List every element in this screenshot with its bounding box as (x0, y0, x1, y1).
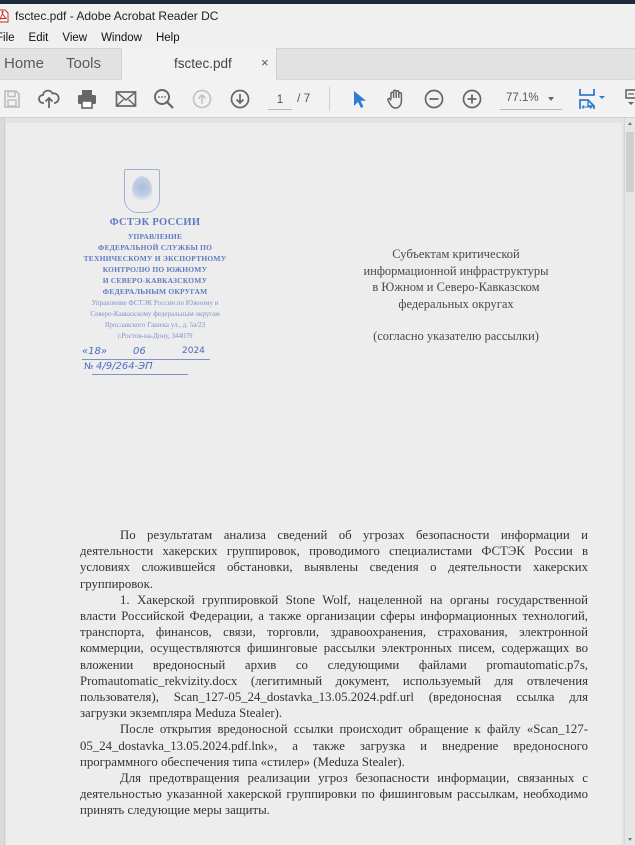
zoom-in-icon (462, 89, 482, 109)
scroll-down-arrow-icon[interactable] (628, 838, 632, 841)
title-bar: fsctec.pdf - Adobe Acrobat Reader DC (0, 4, 635, 28)
zoom-level-value: 77.1% (506, 92, 539, 104)
menu-file[interactable]: File (0, 32, 15, 44)
print-button[interactable] (75, 87, 99, 111)
addressee-line: федеральных округах (326, 296, 586, 313)
document-tab-label: fsctec.pdf (174, 56, 232, 71)
stamp-address-line: Управление ФСТЭК России по Южному и (70, 299, 240, 307)
previous-page-button[interactable] (190, 87, 214, 111)
scroll-up-arrow-icon[interactable] (628, 122, 632, 125)
addressee-line: информационной инфраструктуры (326, 263, 586, 280)
search-icon (153, 88, 175, 110)
upload-cloud-icon (38, 88, 60, 110)
close-tab-icon[interactable]: × (261, 55, 269, 70)
date-underline (82, 359, 210, 360)
distribution-note: (согласно указателю рассылки) (326, 328, 586, 345)
upload-button[interactable] (37, 87, 61, 111)
tab-document[interactable]: fsctec.pdf × (121, 48, 277, 81)
fit-page-button[interactable] (577, 87, 607, 111)
select-tool-button[interactable] (347, 87, 371, 111)
left-panel-edge (0, 118, 5, 845)
stamp-address-line: г.Ростов-на-Дону, 344079 (70, 332, 240, 340)
pdf-page: ФСТЭК РОССИИ УПРАВЛЕНИЕ ФЕДЕРАЛЬНОЙ СЛУЖ… (6, 123, 622, 845)
stamp-date-day: «18» (82, 346, 107, 357)
stamp-line: ТЕХНИЧЕСКОМУ И ЭКСПОРТНОМУ (70, 254, 240, 263)
menu-bar: File Edit View Window Help (0, 28, 635, 48)
zoom-out-icon (424, 89, 444, 109)
menu-window[interactable]: Window (101, 32, 142, 44)
stamp-org: ФСТЭК РОССИИ (70, 217, 240, 228)
coat-of-arms-emblem (124, 169, 160, 213)
tab-tools[interactable]: Tools (66, 49, 101, 80)
paragraph-intro: По результатам анализа сведений об угроз… (80, 527, 588, 592)
hand-pan-icon (385, 88, 407, 110)
stamp-address-line: Ярославского Гашека ул., д. 5а/23 (70, 321, 240, 329)
page-number-input[interactable]: 1 (268, 90, 292, 110)
scrollbar-thumb[interactable] (626, 132, 634, 192)
stamp-line: КОНТРОЛЮ ПО ЮЖНОМУ (70, 265, 240, 274)
menu-edit[interactable]: Edit (29, 32, 49, 44)
print-icon (76, 88, 98, 110)
window-title: fsctec.pdf - Adobe Acrobat Reader DC (15, 9, 218, 23)
addressee-block: Субъектам критической информационной инф… (326, 246, 586, 345)
tab-home[interactable]: Home (4, 49, 44, 80)
stamp-date-year: 2024 (182, 346, 205, 356)
menu-view[interactable]: View (62, 32, 87, 44)
save-button[interactable] (0, 87, 24, 111)
stamp-number-prefix: № (84, 362, 93, 372)
letter-body: По результатам анализа сведений об угроз… (80, 527, 588, 819)
chevron-down-icon (548, 97, 554, 101)
next-page-button[interactable] (228, 87, 252, 111)
menu-help[interactable]: Help (156, 32, 180, 44)
stamp-line: И СЕВЕРО-КАВКАЗСКОМУ (70, 276, 240, 285)
vertical-scrollbar[interactable] (624, 118, 635, 845)
save-icon (2, 89, 22, 109)
stamp-date-month: 06 (133, 346, 146, 357)
document-viewer[interactable]: ФСТЭК РОССИИ УПРАВЛЕНИЕ ФЕДЕРАЛЬНОЙ СЛУЖ… (0, 118, 635, 845)
hand-tool-button[interactable] (384, 87, 408, 111)
email-button[interactable] (114, 87, 138, 111)
paragraph-after-opening: После открытия вредоносной ссылки происх… (80, 721, 588, 770)
email-icon (115, 90, 137, 108)
page-down-icon (230, 89, 250, 109)
addressee-line: в Южном и Северо-Кавказском (326, 279, 586, 296)
stamp-number: 4/9/264-ЭП (96, 361, 153, 372)
paragraph-stone-wolf: 1. Хакерской группировкой Stone Wolf, на… (80, 592, 588, 722)
stamp-address-line: Северо-Кавказскому федеральным округам (70, 310, 240, 318)
toolbar-divider (329, 87, 330, 111)
page-up-icon (192, 89, 212, 109)
toolbar: 1 / 7 77.1% (0, 80, 635, 118)
stamp-line: УПРАВЛЕНИЕ (70, 232, 240, 241)
more-tools-icon (622, 88, 635, 110)
more-tools-button[interactable] (622, 87, 635, 111)
paragraph-prevention: Для предотвращения реализации угроз безо… (80, 770, 588, 819)
stamp-line: ФЕДЕРАЛЬНЫМ ОКРУГАМ (70, 287, 240, 296)
fit-page-icon (577, 88, 607, 110)
find-button[interactable] (152, 87, 176, 111)
adobe-pdf-icon (0, 9, 9, 23)
stamp-line: ФЕДЕРАЛЬНОЙ СЛУЖБЫ ПО (70, 243, 240, 252)
select-pointer-icon (351, 89, 367, 109)
zoom-in-button[interactable] (460, 87, 484, 111)
zoom-out-button[interactable] (422, 87, 446, 111)
tab-bar: Home Tools fsctec.pdf × (0, 48, 635, 80)
number-underline (92, 374, 188, 375)
zoom-level-dropdown[interactable]: 77.1% (500, 90, 562, 110)
page-total: / 7 (297, 91, 310, 105)
addressee-line: Субъектам критической (326, 246, 586, 263)
